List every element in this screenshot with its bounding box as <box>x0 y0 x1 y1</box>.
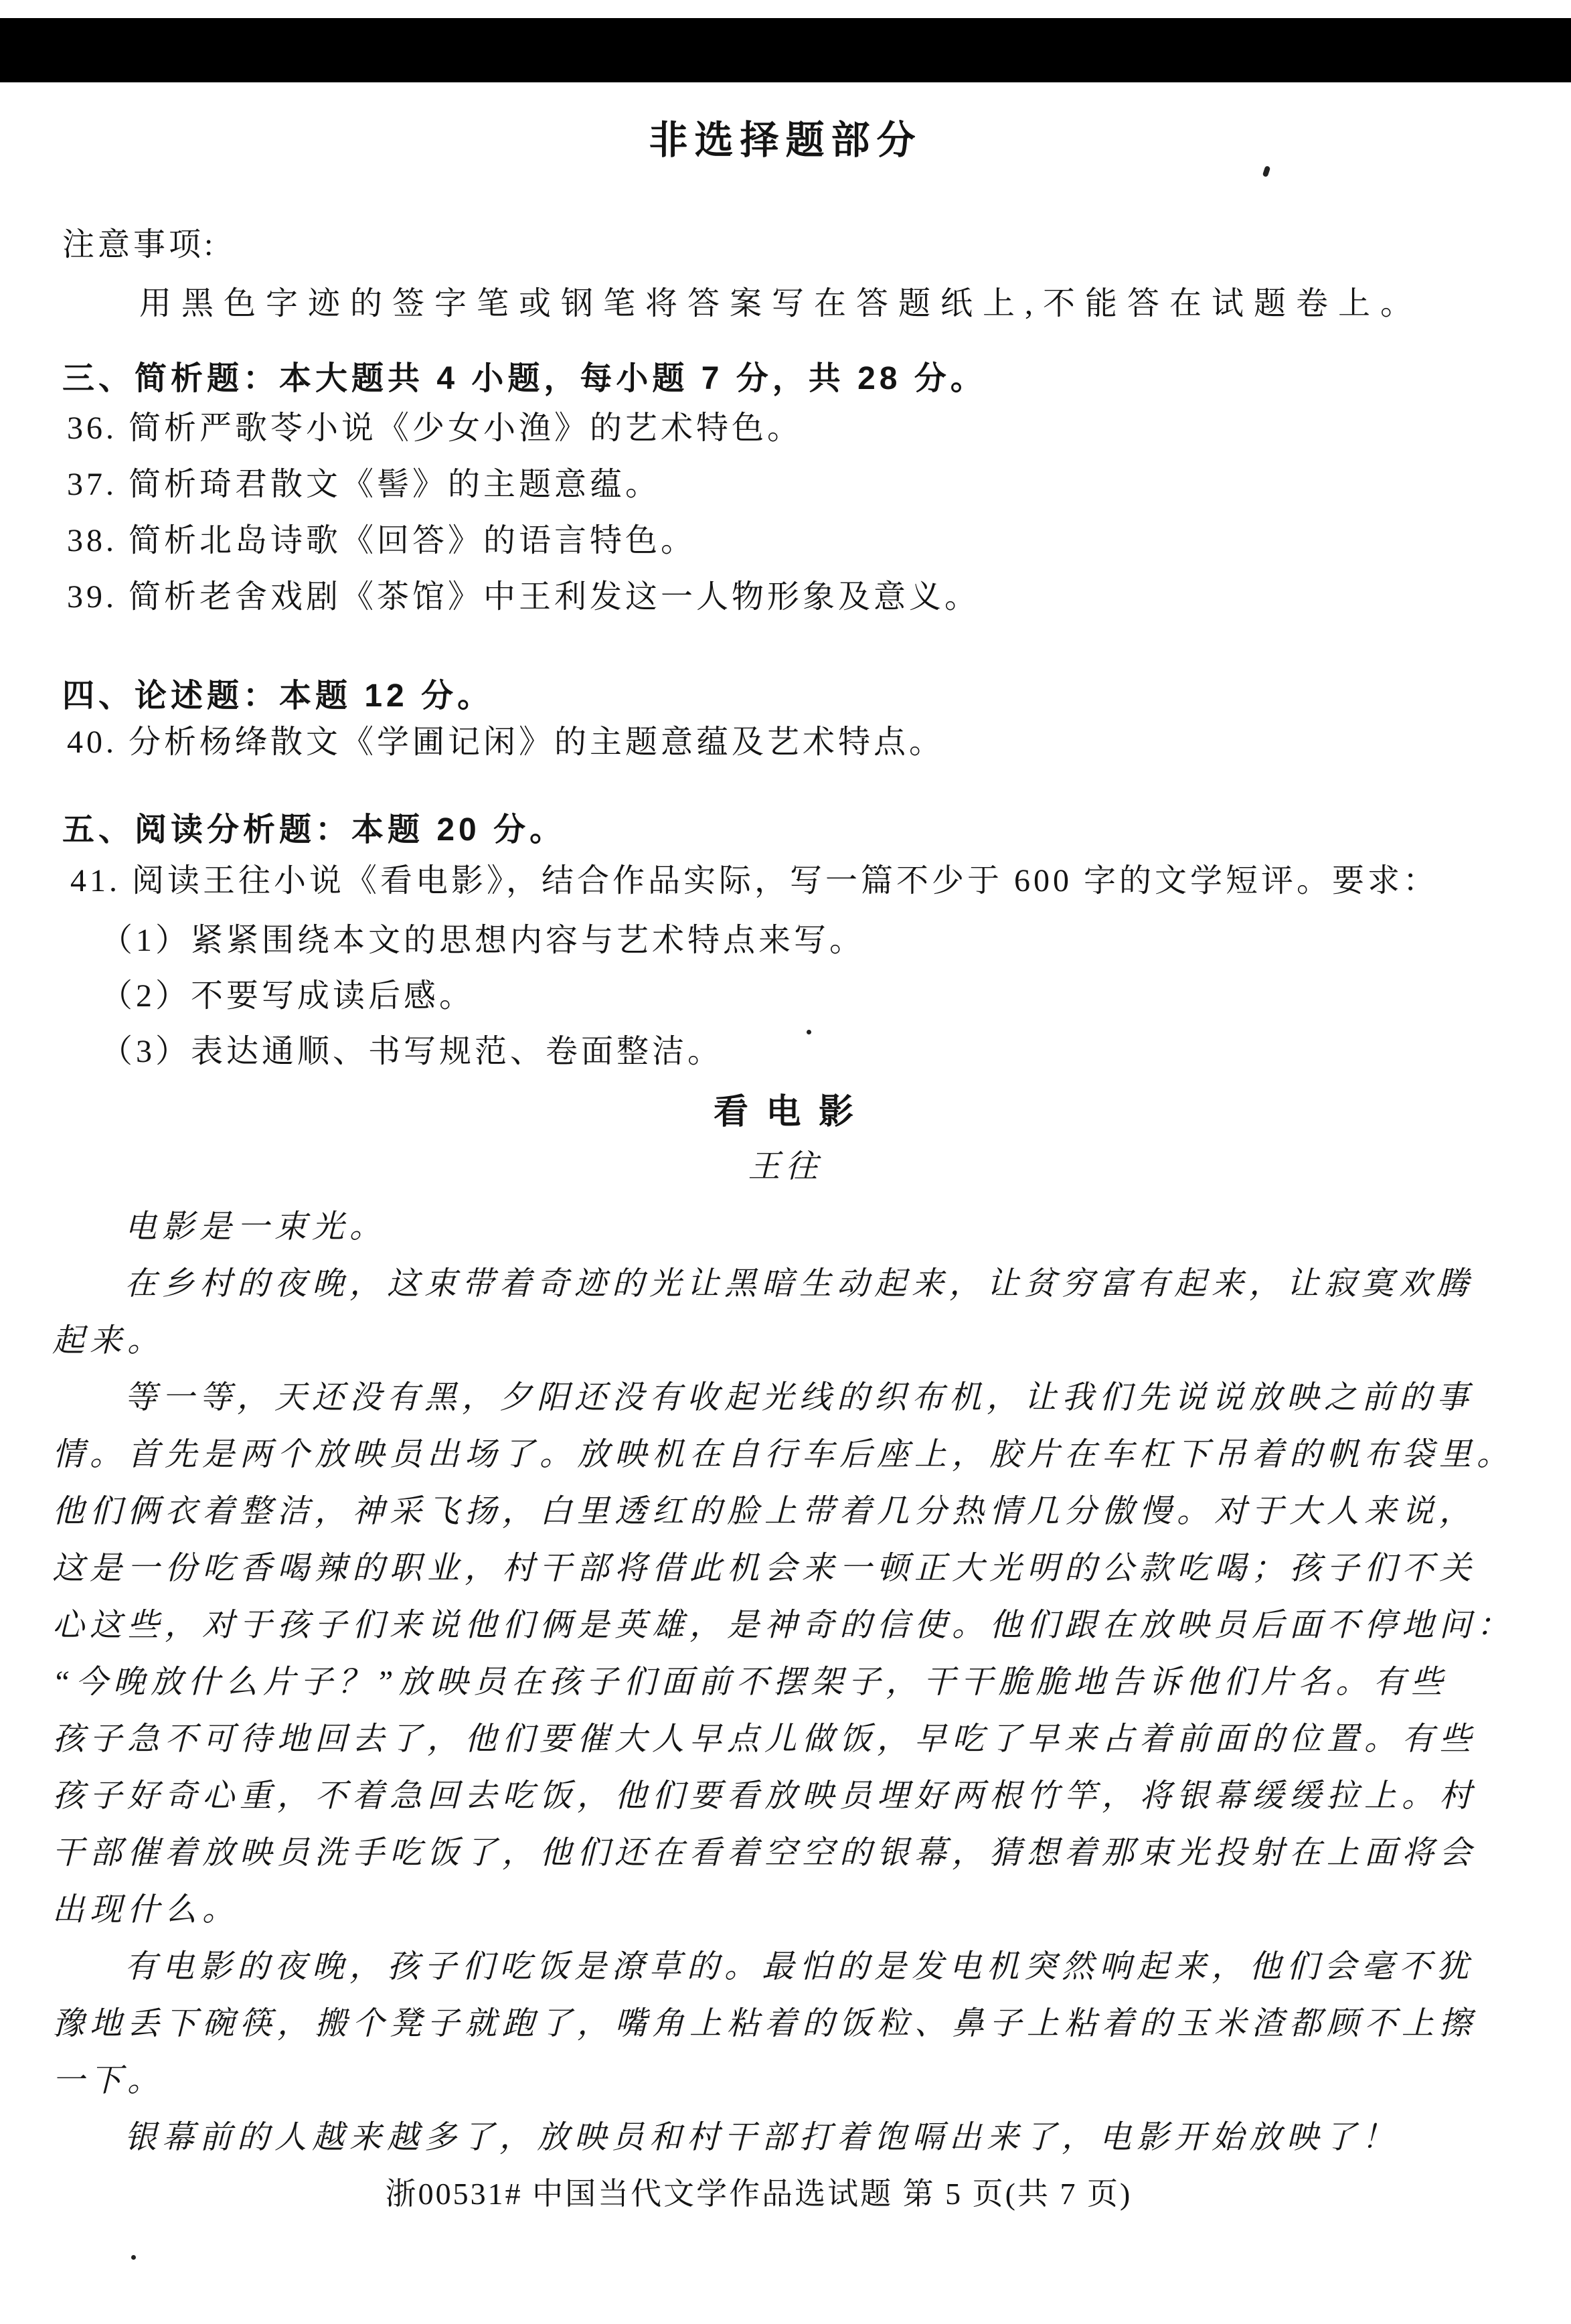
story-line: 豫地丢下碗筷，搬个凳子就跑了，嘴角上粘着的饭粒、鼻子上粘着的玉米渣都顾不上擦 <box>52 1995 1525 2052</box>
question-36: 36. 简析严歌苓小说《少女小渔》的艺术特色。 <box>67 400 980 457</box>
story-line: 起来。 <box>52 1312 1525 1369</box>
notice-body: 用黑色字迹的签字笔或钢笔将答案写在答题纸上,不能答在试题卷上。 <box>139 277 1422 323</box>
story-line: 这是一份吃香喝辣的职业，村干部将借此机会来一顿正大光明的公款吃喝；孩子们不关 <box>52 1540 1525 1597</box>
scan-speck <box>1262 165 1271 177</box>
requirement-3: （3）表达通顺、书写规范、卷面整洁。 <box>100 1024 865 1079</box>
story-line: 出现什么。 <box>52 1881 1525 1938</box>
story-line: 电影是一束光。 <box>52 1198 1525 1255</box>
page-footer: 浙00531# 中国当代文学作品选试题 第 5 页(共 7 页) <box>0 2169 1544 2214</box>
scan-speck <box>131 2255 136 2260</box>
section-3-heading: 三、简析题：本大题共 4 小题，每小题 7 分，共 28 分。 <box>62 352 987 398</box>
story-title: 看 电 影 <box>0 1083 1571 1134</box>
story-line: 在乡村的夜晚，这束带着奇迹的光让黑暗生动起来，让贫穷富有起来，让寂寞欢腾 <box>52 1255 1525 1312</box>
story-line: 孩子急不可待地回去了，他们要催大人早点儿做饭，早吃了早来占着前面的位置。有些 <box>52 1711 1525 1768</box>
question-39: 39. 简析老舍戏剧《茶馆》中王利发这一人物形象及意义。 <box>67 569 980 625</box>
story-line: 银幕前的人越来越多了，放映员和村干部打着饱嗝出来了，电影开始放映了！ <box>52 2109 1525 2166</box>
story-line: 心这些，对于孩子们来说他们俩是英雄，是神奇的信使。他们跟在放映员后面不停地问： <box>52 1597 1525 1654</box>
question-41-requirements: （1）紧紧围绕本文的思想内容与艺术特点来写。 （2）不要写成读后感。 （3）表达… <box>100 913 865 1079</box>
section-4-heading: 四、论述题：本题 12 分。 <box>62 670 493 716</box>
story-line: 干部催着放映员洗手吃饭了，他们还在看着空空的银幕，猜想着那束光投射在上面将会 <box>52 1825 1525 1881</box>
story-line: 孩子好奇心重，不着急回去吃饭，他们要看放映员埋好两根竹竿，将银幕缓缓拉上。村 <box>52 1768 1525 1825</box>
story-author: 王往 <box>0 1140 1571 1186</box>
story-text: 电影是一束光。 在乡村的夜晚，这束带着奇迹的光让黑暗生动起来，让贫穷富有起来，让… <box>52 1198 1525 2166</box>
section-3-questions: 36. 简析严歌苓小说《少女小渔》的艺术特色。 37. 简析琦君散文《髻》的主题… <box>67 400 980 625</box>
story-line: 他们俩衣着整洁，神采飞扬，白里透红的脸上带着几分热情几分傲慢。对于大人来说， <box>52 1483 1525 1540</box>
question-38: 38. 简析北岛诗歌《回答》的语言特色。 <box>67 513 980 569</box>
page-title: 非选择题部分 <box>0 108 1571 165</box>
scan-speck <box>807 1030 811 1034</box>
question-37: 37. 简析琦君散文《髻》的主题意蕴。 <box>67 457 980 513</box>
story-line: 一下。 <box>52 2052 1525 2109</box>
scan-black-bar <box>0 18 1571 82</box>
requirement-1: （1）紧紧围绕本文的思想内容与艺术特点来写。 <box>100 913 865 968</box>
notice-heading: 注意事项: <box>62 218 216 264</box>
story-line: 等一等，天还没有黑，夕阳还没有收起光线的织布机，让我们先说说放映之前的事 <box>52 1369 1525 1426</box>
question-40: 40. 分析杨绛散文《学圃记闲》的主题意蕴及艺术特点。 <box>67 723 944 762</box>
story-line: 有电影的夜晚，孩子们吃饭是潦草的。最怕的是发电机突然响起来，他们会毫不犹 <box>52 1938 1525 1995</box>
question-41: 41. 阅读王往小说《看电影》，结合作品实际，写一篇不少于 600 字的文学短评… <box>70 862 1438 901</box>
exam-page: 非选择题部分 注意事项: 用黑色字迹的签字笔或钢笔将答案写在答题纸上,不能答在试… <box>0 0 1571 2324</box>
section-5-heading: 五、阅读分析题：本题 20 分。 <box>62 803 566 850</box>
requirement-2: （2）不要写成读后感。 <box>100 968 865 1024</box>
story-line: “今晚放什么片子？”放映员在孩子们面前不摆架子，干干脆脆地告诉他们片名。有些 <box>52 1654 1525 1711</box>
story-line: 情。首先是两个放映员出场了。放映机在自行车后座上，胶片在车杠下吊着的帆布袋里。 <box>52 1426 1525 1483</box>
